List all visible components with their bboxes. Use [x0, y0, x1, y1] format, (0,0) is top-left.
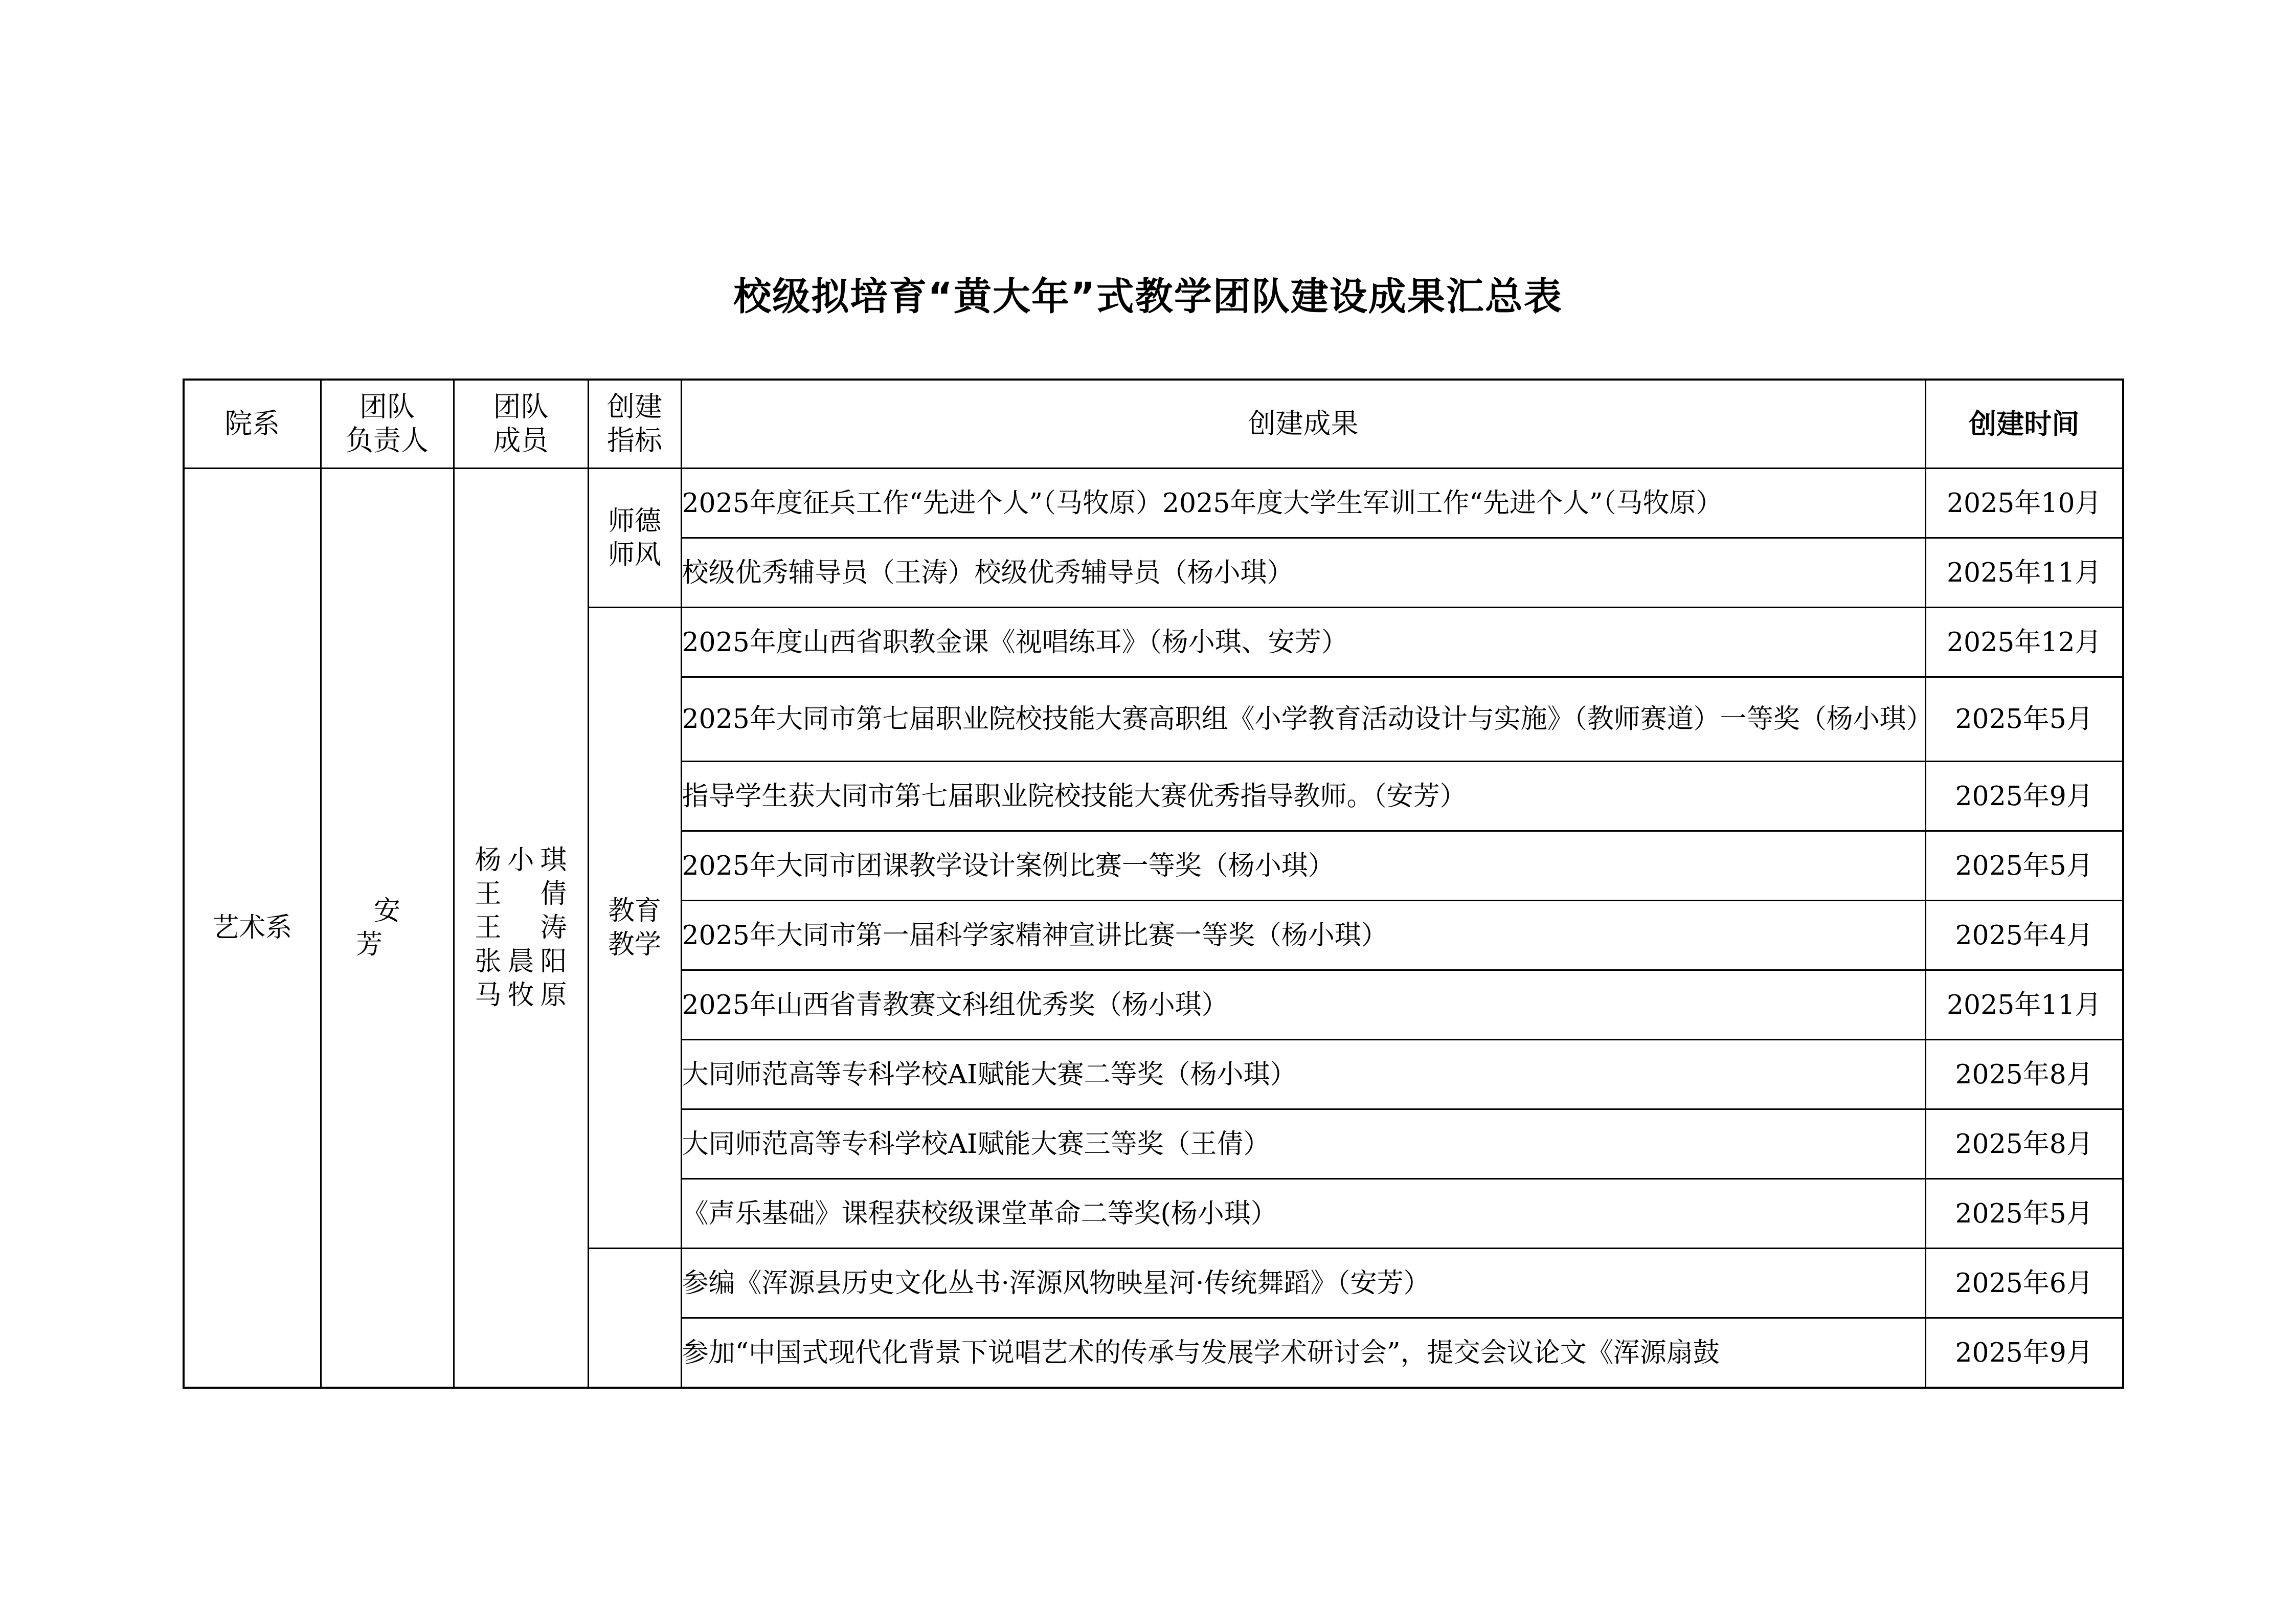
- leader-name: 安芳: [338, 896, 436, 960]
- achievement-cell: 2025年度征兵工作“先进个人”（马牧原）2025年度大学生军训工作“先进个人”…: [681, 469, 1925, 538]
- time-cell: 2025年5月: [1925, 677, 2123, 762]
- header-members: 团队 成员: [454, 380, 588, 469]
- members-cell: 杨小琪 王 倩 王 涛 张晨阳 马牧原: [454, 469, 588, 1388]
- achievement-cell: 参加“中国式现代化背景下说唱艺术的传承与发展学术研讨会”，提交会议论文《浑源扇鼓: [681, 1318, 1925, 1388]
- department-cell: 艺术系: [184, 469, 321, 1388]
- table-row: 艺术系 安芳 杨小琪 王 倩 王 涛 张晨阳 马牧原 师德 师风 2025年度征…: [184, 469, 2123, 538]
- achievement-cell: 大同师范高等专科学校AI赋能大赛二等奖（杨小琪）: [681, 1040, 1925, 1109]
- achievement-cell: 指导学生获大同市第七届职业院校技能大赛优秀指导教师。（安芳）: [681, 762, 1925, 831]
- member-name: 张晨阳: [475, 945, 567, 978]
- time-cell: 2025年12月: [1925, 608, 2123, 677]
- time-cell: 2025年8月: [1925, 1040, 2123, 1109]
- time-cell: 2025年10月: [1925, 469, 2123, 538]
- header-leader: 团队 负责人: [321, 380, 454, 469]
- achievement-cell: 2025年大同市团课教学设计案例比赛一等奖（杨小琪）: [681, 831, 1925, 901]
- achievement-cell: 参编《浑源县历史文化丛书·浑源风物映星河·传统舞蹈》（安芳）: [681, 1249, 1925, 1318]
- time-cell: 2025年8月: [1925, 1109, 2123, 1179]
- time-cell: 2025年5月: [1925, 1179, 2123, 1249]
- time-cell: 2025年9月: [1925, 762, 2123, 831]
- achievement-cell: 2025年山西省青教赛文科组优秀奖（杨小琪）: [681, 970, 1925, 1040]
- time-cell: 2025年9月: [1925, 1318, 2123, 1388]
- header-indicator: 创建 指标: [588, 380, 681, 469]
- time-cell: 2025年11月: [1925, 970, 2123, 1040]
- indicator-cell-research: [588, 1249, 681, 1388]
- achievement-cell: 《声乐基础》课程获校级课堂革命二等奖(杨小琪）: [681, 1179, 1925, 1249]
- achievement-cell: 2025年大同市第七届职业院校技能大赛高职组《小学教育活动设计与实施》（教师赛道…: [681, 677, 1925, 762]
- time-cell: 2025年5月: [1925, 831, 2123, 901]
- member-name: 马牧原: [475, 978, 567, 1012]
- member-name: 王 涛: [475, 911, 567, 945]
- summary-table: 院系 团队 负责人 团队 成员 创建 指标 创建成果 创建时间 艺术系 安芳: [183, 379, 2124, 1389]
- member-name: 王 倩: [475, 877, 567, 911]
- time-cell: 2025年4月: [1925, 901, 2123, 970]
- indicator-cell-ethics: 师德 师风: [588, 469, 681, 608]
- member-name: 杨小琪: [475, 843, 567, 877]
- achievement-cell: 大同师范高等专科学校AI赋能大赛三等奖（王倩）: [681, 1109, 1925, 1179]
- header-row: 院系 团队 负责人 团队 成员 创建 指标 创建成果 创建时间: [184, 380, 2123, 469]
- indicator-cell-teaching: 教育 教学: [588, 608, 681, 1249]
- header-department: 院系: [184, 380, 321, 469]
- achievement-cell: 2025年大同市第一届科学家精神宣讲比赛一等奖（杨小琪）: [681, 901, 1925, 970]
- achievement-cell: 2025年度山西省职教金课《视唱练耳》（杨小琪、安芳）: [681, 608, 1925, 677]
- time-cell: 2025年6月: [1925, 1249, 2123, 1318]
- leader-cell: 安芳: [321, 469, 454, 1388]
- members-list: 杨小琪 王 倩 王 涛 张晨阳 马牧原: [475, 843, 567, 1012]
- header-time: 创建时间: [1925, 380, 2123, 469]
- header-achievement: 创建成果: [681, 380, 1925, 469]
- document-title: 校级拟培育“黄大年”式教学团队建设成果汇总表: [0, 271, 2296, 322]
- time-cell: 2025年11月: [1925, 538, 2123, 608]
- achievement-cell: 校级优秀辅导员（王涛）校级优秀辅导员（杨小琪）: [681, 538, 1925, 608]
